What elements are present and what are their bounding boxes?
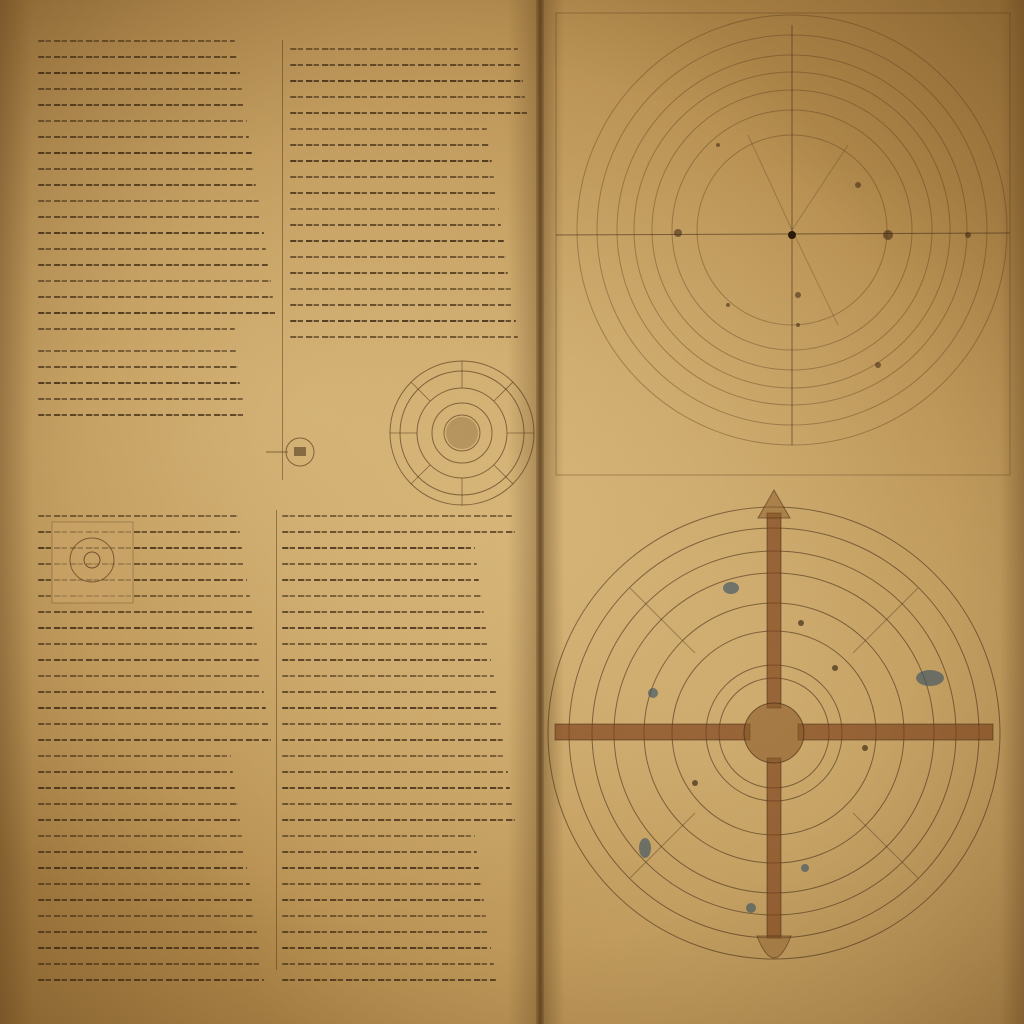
- script-line: [290, 240, 504, 242]
- script-line: [38, 771, 233, 773]
- script-line: [38, 659, 259, 661]
- script-line: [290, 64, 520, 66]
- small-wheel-diagram: [385, 356, 540, 511]
- script-line: [282, 899, 484, 901]
- script-line: [290, 80, 523, 82]
- script-line: [38, 382, 240, 384]
- script-line: [290, 288, 511, 290]
- script-line: [282, 915, 486, 917]
- script-line: [290, 256, 506, 258]
- script-line: [38, 883, 250, 885]
- script-line: [290, 96, 525, 98]
- script-line: [38, 280, 271, 282]
- script-line: [38, 963, 261, 965]
- script-line: [38, 136, 249, 138]
- script-line: [282, 547, 475, 549]
- script-line: [38, 675, 261, 677]
- script-line: [282, 787, 510, 789]
- script-line: [282, 755, 505, 757]
- script-line: [38, 200, 259, 202]
- script-line: [38, 739, 271, 741]
- script-line: [38, 398, 243, 400]
- script-line: [38, 611, 252, 613]
- script-line: [282, 563, 477, 565]
- script-line: [282, 531, 515, 533]
- script-line: [282, 643, 489, 645]
- script-line: [282, 579, 479, 581]
- script-line: [282, 851, 477, 853]
- script-line: [38, 40, 235, 42]
- script-line: [38, 56, 237, 58]
- script-line: [38, 296, 273, 298]
- script-line: [282, 931, 489, 933]
- script-line: [38, 248, 266, 250]
- script-line: [38, 979, 264, 981]
- script-line: [38, 899, 252, 901]
- script-line: [290, 208, 499, 210]
- script-line: [282, 515, 512, 517]
- script-line: [282, 595, 482, 597]
- script-line: [282, 819, 515, 821]
- script-line: [38, 851, 245, 853]
- script-line: [38, 915, 254, 917]
- script-line: [290, 320, 516, 322]
- script-line: [282, 963, 494, 965]
- script-line: [290, 336, 518, 338]
- script-line: [290, 224, 501, 226]
- text-fragment-mid-left: [38, 350, 258, 430]
- script-line: [38, 947, 259, 949]
- script-line: [38, 312, 276, 314]
- script-line: [38, 931, 257, 933]
- script-line: [38, 643, 257, 645]
- script-line: [38, 216, 261, 218]
- manuscript-spread: [0, 0, 1024, 1024]
- script-line: [38, 414, 245, 416]
- book-gutter: [536, 0, 544, 1024]
- inset-seal: [50, 520, 135, 605]
- script-line: [290, 304, 513, 306]
- script-line: [282, 691, 496, 693]
- text-column-top-right: [290, 48, 530, 352]
- script-line: [38, 835, 242, 837]
- script-line: [290, 144, 489, 146]
- script-line: [282, 611, 484, 613]
- script-line: [282, 627, 486, 629]
- script-line: [290, 112, 528, 114]
- script-line: [38, 88, 242, 90]
- tiny-seal-sketch: [266, 432, 326, 472]
- script-line: [38, 72, 240, 74]
- script-line: [282, 835, 475, 837]
- script-line: [290, 160, 492, 162]
- script-line: [282, 883, 482, 885]
- script-line: [38, 184, 256, 186]
- script-line: [38, 755, 231, 757]
- script-line: [290, 176, 494, 178]
- script-line: [290, 48, 518, 50]
- script-line: [38, 232, 264, 234]
- text-column-top-left: [38, 40, 278, 344]
- script-line: [38, 723, 268, 725]
- script-line: [38, 350, 236, 352]
- script-line: [38, 707, 266, 709]
- script-line: [282, 739, 503, 741]
- cross-wheel-diagram: [545, 488, 1010, 983]
- script-line: [38, 120, 247, 122]
- script-line: [290, 272, 508, 274]
- column-rule-bottom: [276, 510, 277, 970]
- script-line: [38, 168, 254, 170]
- script-line: [38, 819, 240, 821]
- column-rule-top: [282, 40, 283, 480]
- script-line: [38, 104, 244, 106]
- script-line: [282, 947, 491, 949]
- script-line: [282, 803, 512, 805]
- script-line: [38, 627, 254, 629]
- script-line: [290, 192, 496, 194]
- script-line: [282, 979, 496, 981]
- script-line: [282, 771, 508, 773]
- faded-concentric-chart: [548, 5, 1018, 500]
- script-line: [38, 152, 252, 154]
- script-line: [38, 328, 235, 330]
- script-line: [282, 707, 498, 709]
- script-line: [38, 787, 235, 789]
- script-line: [38, 515, 238, 517]
- script-line: [38, 867, 247, 869]
- text-column-bottom-right: [282, 515, 517, 995]
- script-line: [290, 128, 487, 130]
- script-line: [38, 264, 268, 266]
- script-line: [282, 659, 491, 661]
- script-line: [282, 867, 479, 869]
- script-line: [282, 675, 494, 677]
- script-line: [38, 803, 238, 805]
- script-line: [38, 691, 264, 693]
- script-line: [38, 366, 238, 368]
- script-line: [282, 723, 501, 725]
